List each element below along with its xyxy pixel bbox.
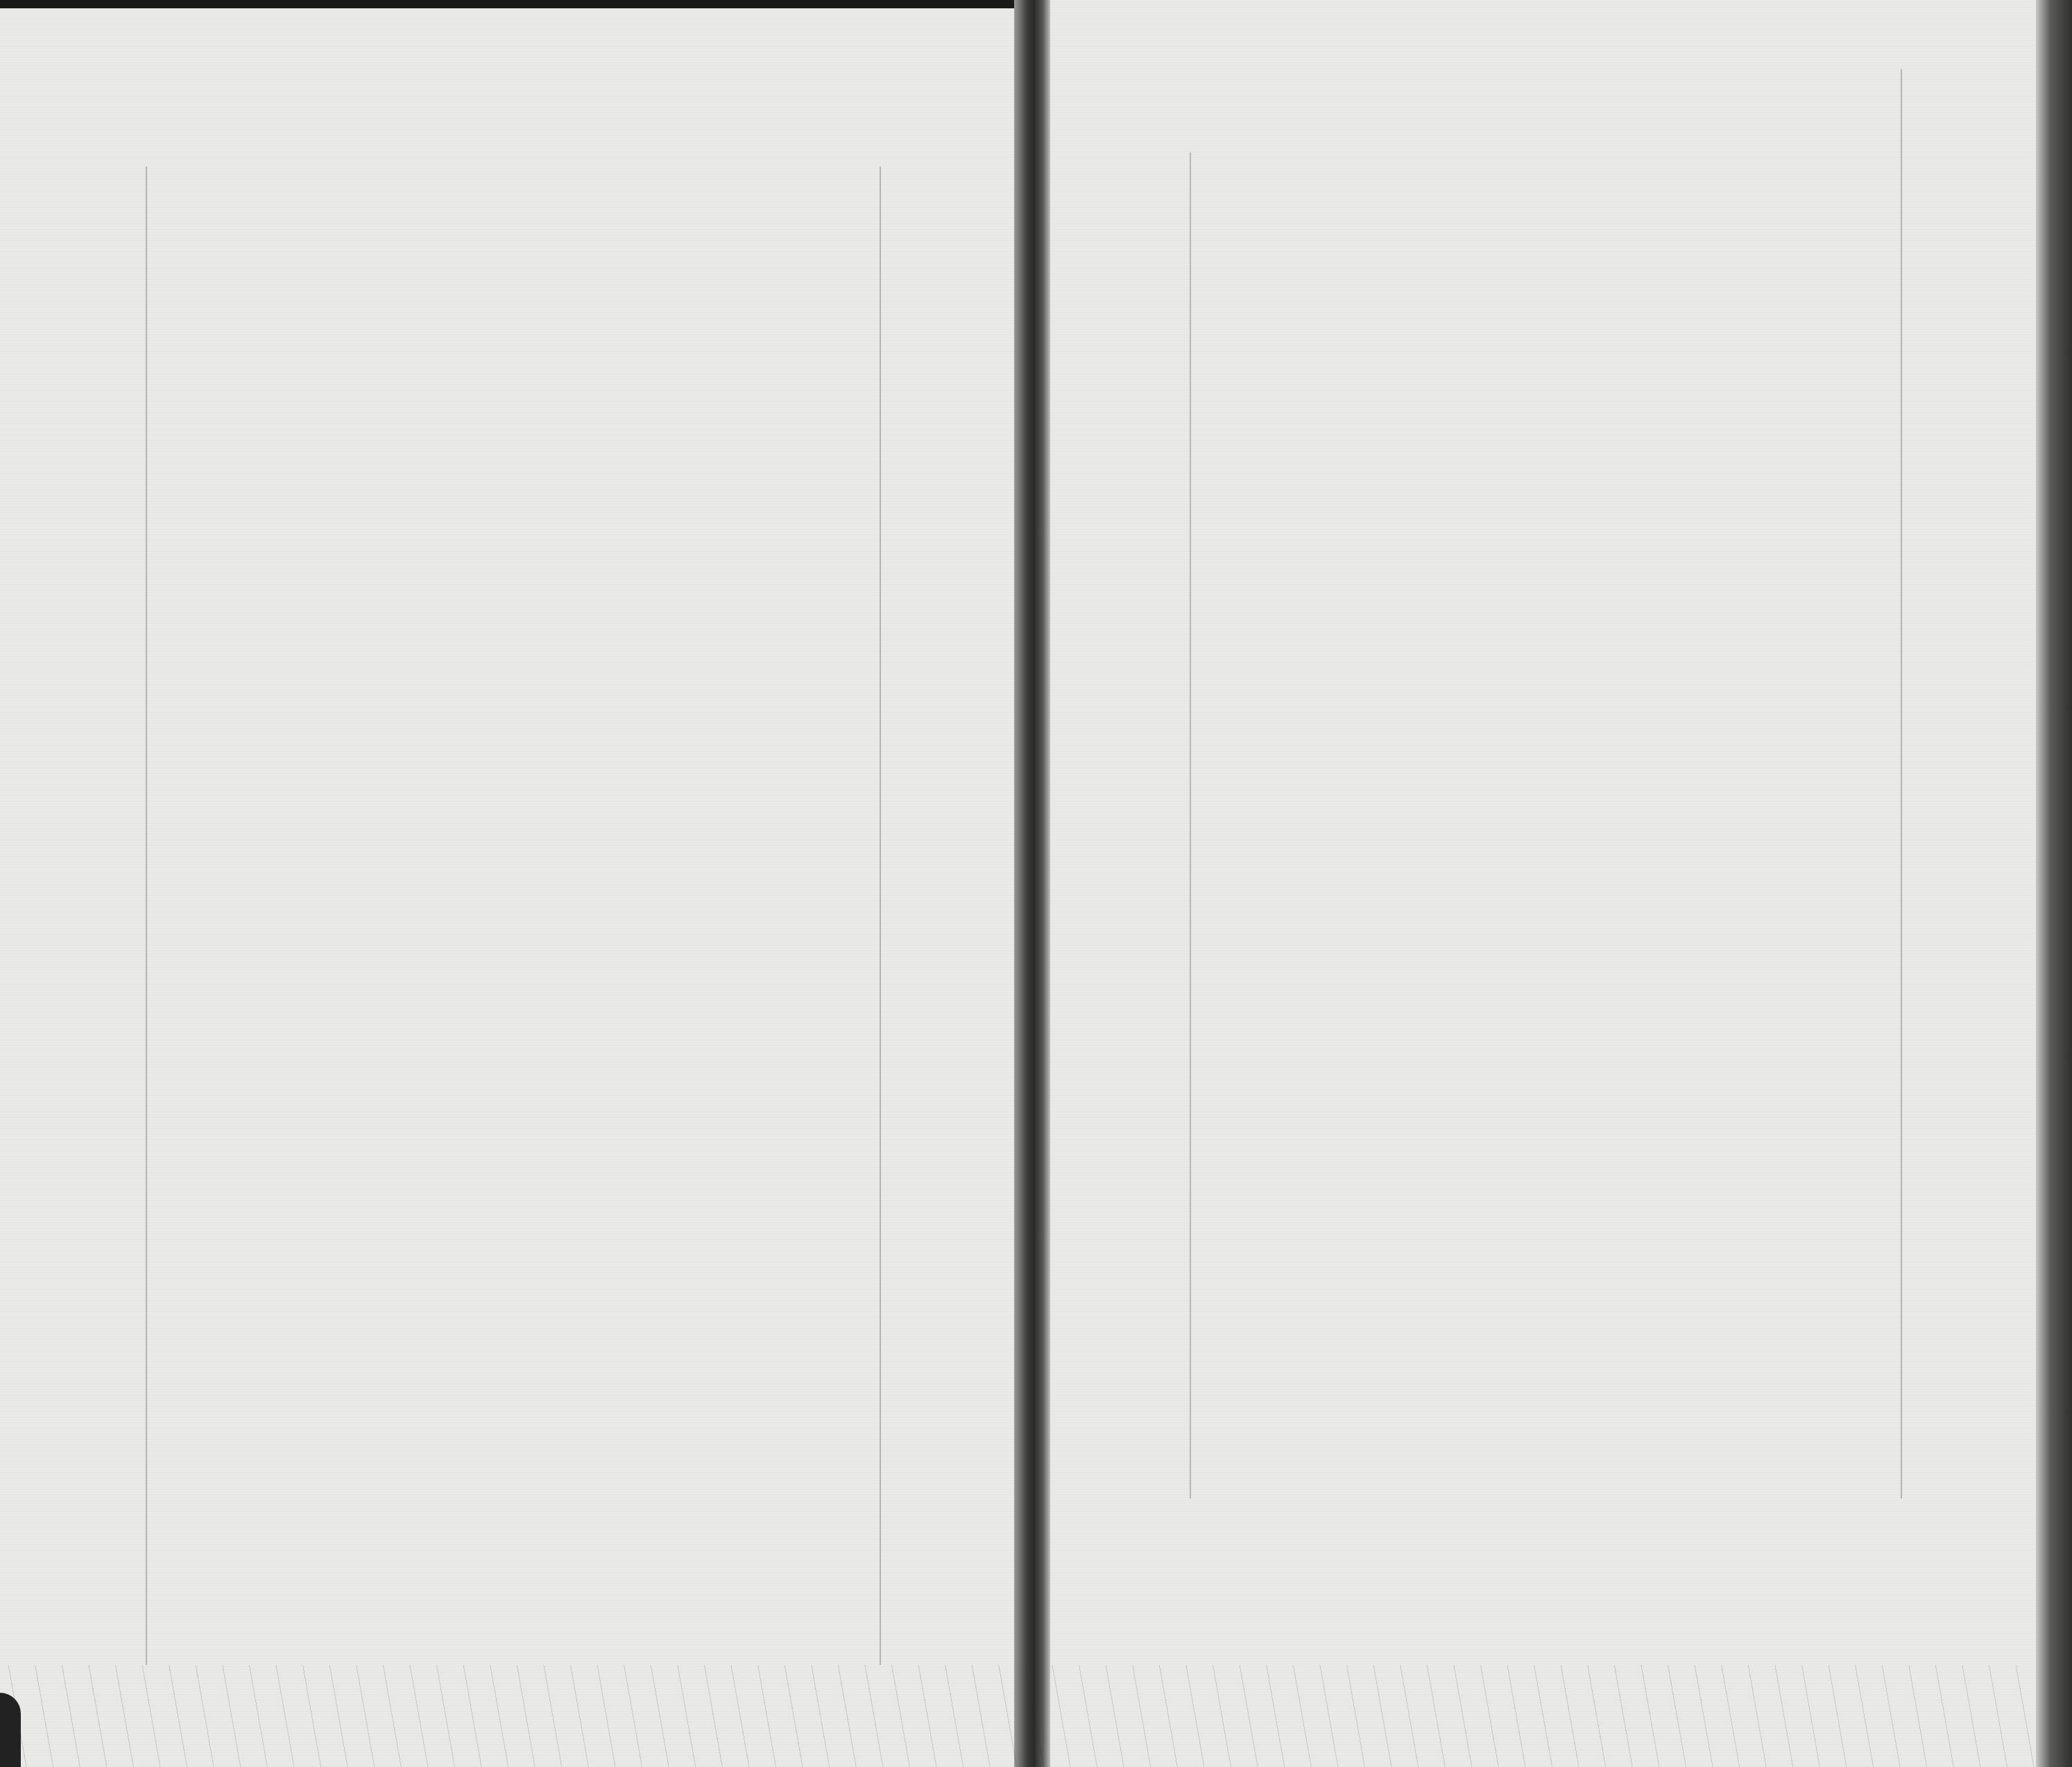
right-page-inner-rule (1190, 153, 1191, 1499)
right-page-edge (2036, 0, 2072, 1767)
thumb-shadow (0, 1693, 21, 1767)
right-page (1047, 0, 2039, 1767)
right-page-outer-rule (1901, 69, 1902, 1499)
left-page-outer-rule (880, 167, 881, 1665)
left-page-inner-rule (146, 167, 147, 1665)
book-gutter (1014, 0, 1050, 1767)
left-page (0, 7, 1020, 1767)
bottom-wear (0, 1665, 2036, 1767)
top-edge-shadow (0, 0, 1027, 8)
